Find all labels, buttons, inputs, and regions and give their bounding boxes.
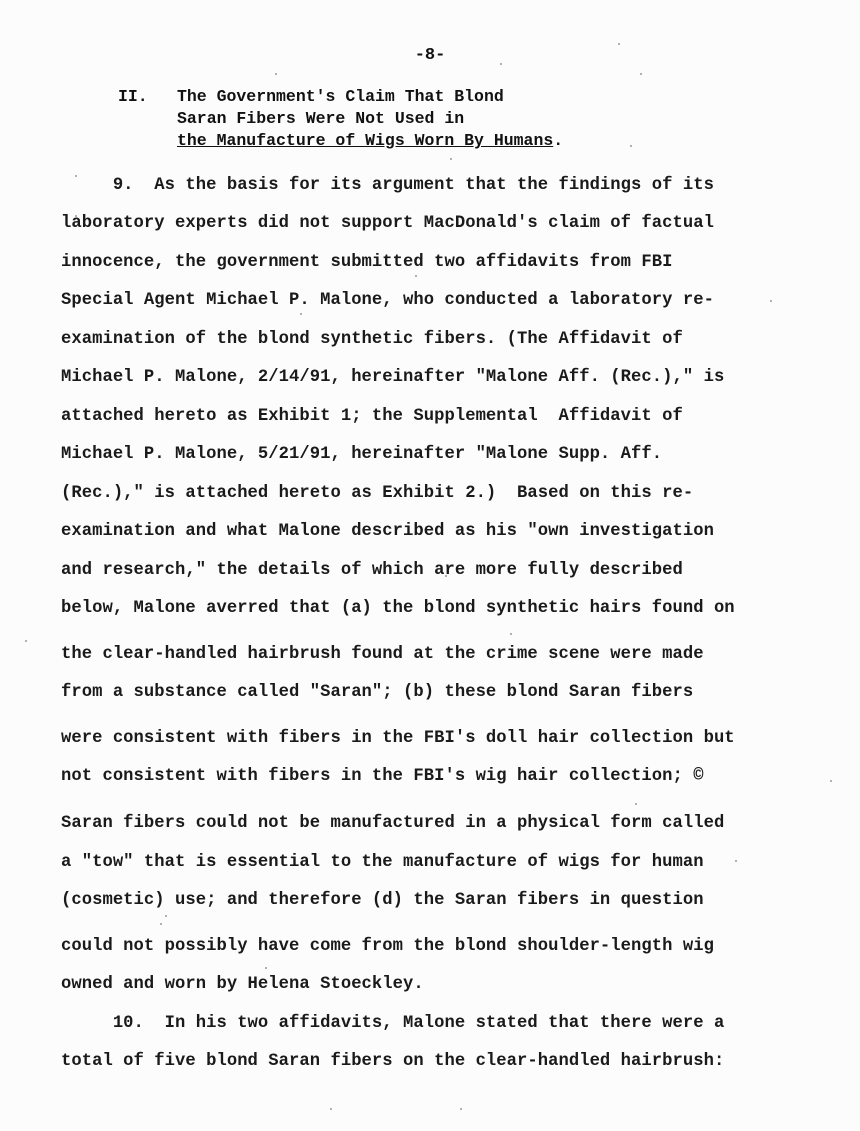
body-line: Special Agent Michael P. Malone, who con… bbox=[61, 291, 714, 310]
body-line: total of five blond Saran fibers on the … bbox=[61, 1052, 724, 1071]
body-line: and research," the details of which are … bbox=[61, 561, 683, 580]
scan-speck bbox=[830, 780, 832, 782]
scan-speck bbox=[25, 640, 27, 642]
body-line: examination and what Malone described as… bbox=[61, 522, 714, 541]
scan-speck bbox=[450, 158, 452, 160]
scan-speck bbox=[510, 633, 512, 635]
body-line: below, Malone averred that (a) the blond… bbox=[61, 599, 735, 618]
scan-speck bbox=[275, 73, 277, 75]
body-line: could not possibly have come from the bl… bbox=[61, 937, 714, 956]
scan-speck bbox=[75, 175, 77, 177]
scan-speck bbox=[445, 575, 447, 577]
scan-speck bbox=[165, 915, 167, 917]
body-line: owned and worn by Helena Stoeckley. bbox=[61, 975, 424, 994]
scan-speck bbox=[300, 313, 302, 315]
page-number: -8- bbox=[0, 46, 860, 65]
scan-speck bbox=[75, 215, 77, 217]
body-line: attached hereto as Exhibit 1; the Supple… bbox=[61, 407, 683, 426]
scan-speck bbox=[415, 275, 417, 277]
body-line: Michael P. Malone, 5/21/91, hereinafter … bbox=[61, 445, 662, 464]
scan-speck bbox=[618, 43, 620, 45]
body-line: were consistent with fibers in the FBI's… bbox=[61, 729, 735, 748]
section-numeral: II. bbox=[118, 86, 148, 108]
body-line: Michael P. Malone, 2/14/91, hereinafter … bbox=[61, 368, 724, 387]
scan-speck bbox=[640, 73, 642, 75]
body-line: examination of the blond synthetic fiber… bbox=[61, 330, 683, 349]
body-line: (cosmetic) use; and therefore (d) the Sa… bbox=[61, 891, 704, 910]
scan-speck bbox=[635, 803, 637, 805]
scan-speck bbox=[265, 967, 267, 969]
scan-speck bbox=[500, 63, 502, 65]
scan-speck bbox=[460, 1108, 462, 1110]
scan-speck bbox=[630, 145, 632, 147]
body-line: a "tow" that is essential to the manufac… bbox=[61, 853, 704, 872]
body-line: Saran fibers could not be manufactured i… bbox=[61, 814, 724, 833]
body-line: from a substance called "Saran"; (b) the… bbox=[61, 683, 693, 702]
body-line: (Rec.)," is attached hereto as Exhibit 2… bbox=[61, 484, 693, 503]
scan-speck bbox=[160, 923, 162, 925]
body-line: laboratory experts did not support MacDo… bbox=[61, 214, 714, 233]
section-heading: II. The Government's Claim That Blond Sa… bbox=[118, 86, 563, 152]
body-line: not consistent with fibers in the FBI's … bbox=[61, 767, 704, 786]
section-title-line: Saran Fibers Were Not Used in bbox=[177, 108, 563, 130]
scan-speck bbox=[735, 860, 737, 862]
body-line: 10. In his two affidavits, Malone stated… bbox=[61, 1014, 724, 1033]
section-title-period: . bbox=[553, 131, 563, 150]
scan-speck bbox=[330, 1108, 332, 1110]
section-title-line: The Government's Claim That Blond bbox=[177, 86, 563, 108]
section-title-line: the Manufacture of Wigs Worn By Humans bbox=[177, 131, 553, 150]
scan-speck bbox=[770, 300, 772, 302]
body-line: the clear-handled hairbrush found at the… bbox=[61, 645, 704, 664]
body-line: 9. As the basis for its argument that th… bbox=[61, 176, 714, 195]
body-line: innocence, the government submitted two … bbox=[61, 253, 673, 272]
